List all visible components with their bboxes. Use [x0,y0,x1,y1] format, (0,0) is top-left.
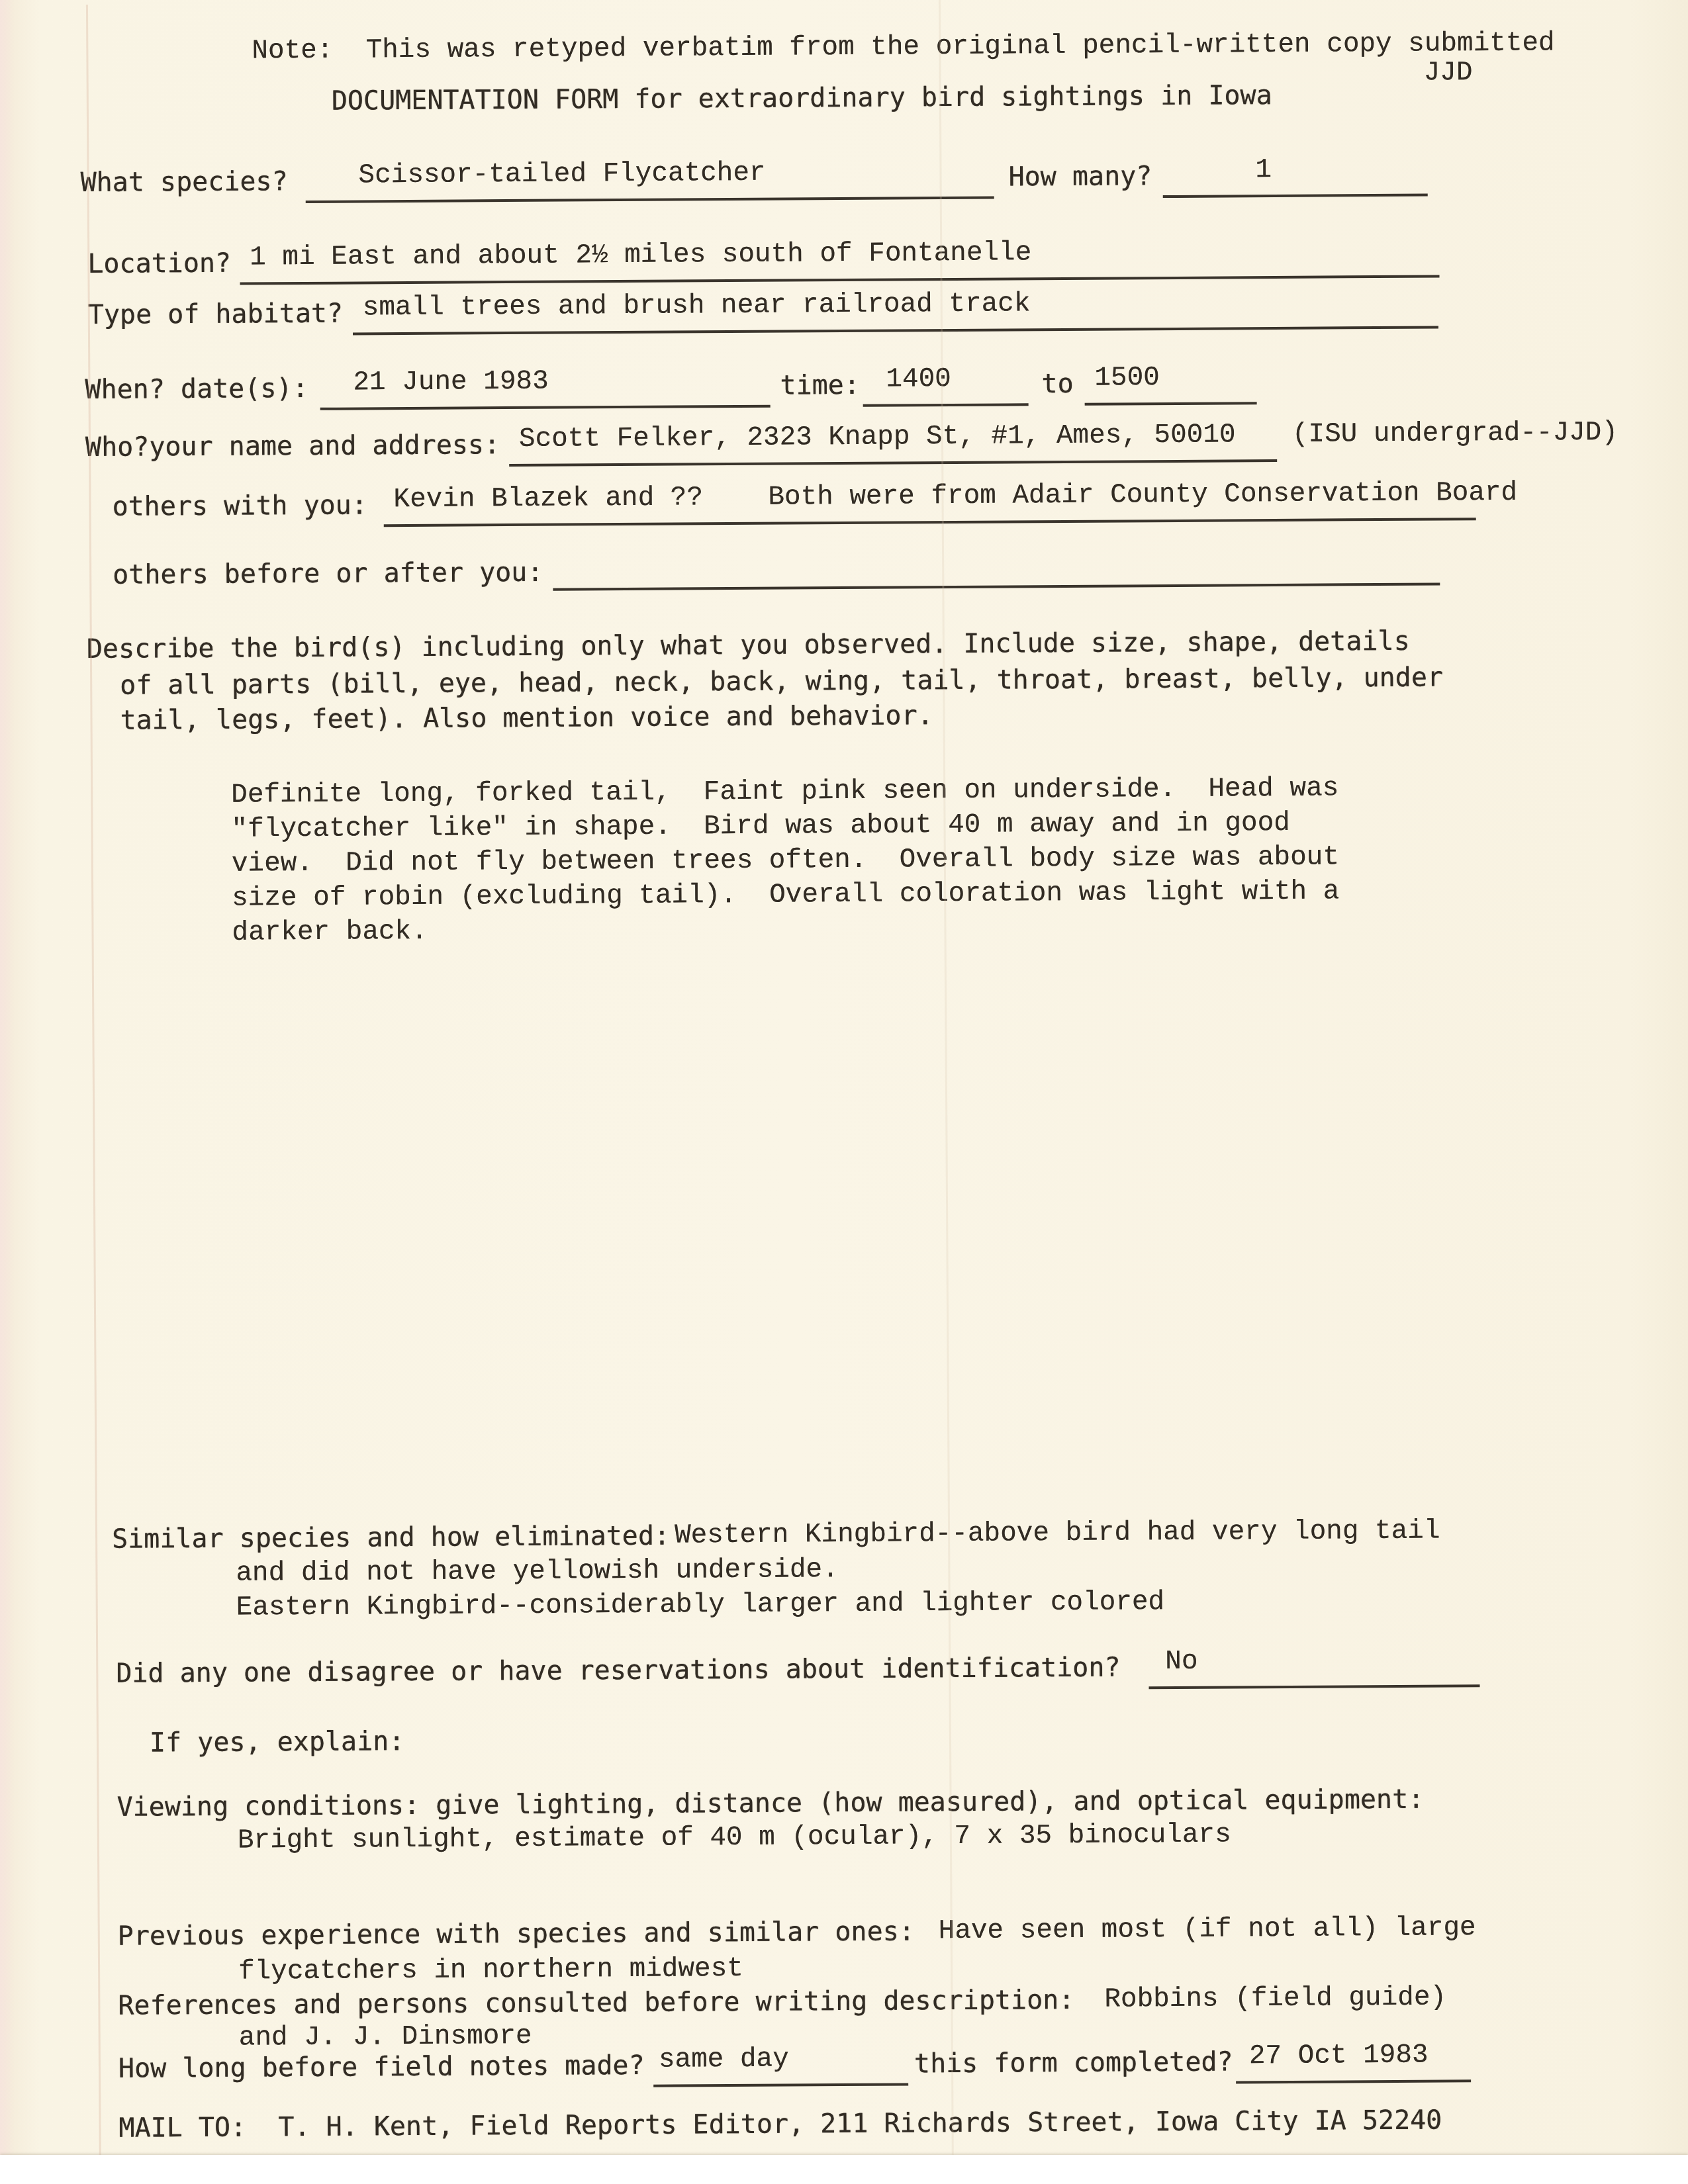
description-line-3: view. Did not fly between trees often. O… [232,841,1339,880]
others-with-you-label: others with you: [112,489,367,522]
description-line-2: "flycatcher like" in shape. Bird was abo… [231,807,1290,846]
similar-species-label: Similar species and how eliminated: [112,1520,670,1555]
habitat-label: Type of habitat? [88,298,344,331]
location-value: 1 mi East and about 2½ miles south of Fo… [240,234,1439,285]
how-many-value: 1 [1162,154,1427,198]
references-value-line-1: Robbins (field guide) [1104,1981,1446,2015]
previous-experience-value-line-1: Have seen most (if not all) large [939,1912,1476,1947]
if-yes-explain-label: If yes, explain: [150,1725,405,1758]
mail-to-line: MAIL TO: T. H. Kent, Field Reports Edito… [118,2105,1442,2144]
scan-edge-bottom [0,2155,1688,2184]
others-with-you-value: Kevin Blazek and ?? Both were from Adair… [383,477,1476,527]
paper-sheet: Note: This was retyped verbatim from the… [0,0,1688,2184]
description-line-1: Definite long, forked tail, Faint pink s… [231,772,1338,811]
how-many-label: How many? [1008,160,1152,193]
others-before-after-blank-line [553,551,1440,590]
time-to-value: 1500 [1084,361,1256,406]
what-species-label: What species? [80,165,287,199]
similar-species-value-line-3: Eastern Kingbird--considerably larger an… [236,1586,1165,1624]
when-date-value: 21 June 1983 [320,365,770,410]
when-dates-label: When? date(s): [85,373,308,406]
paper-crease-left [86,5,101,2184]
form-completed-value: 27 Oct 1983 [1236,2039,1471,2083]
who-name-address-value: Scott Felker, 2323 Knapp St, #1, Ames, 5… [509,419,1277,467]
description-line-4: size of robin (excluding tail). Overall … [232,876,1339,914]
field-notes-made-value: same day [653,2042,908,2087]
describe-prompt-line-3: tail, legs, feet). Also mention voice an… [120,700,933,737]
viewing-conditions-label: Viewing conditions: give lighting, dista… [117,1784,1424,1823]
editor-initials: JJD [1423,57,1472,89]
previous-experience-label: Previous experience with species and sim… [118,1915,915,1952]
what-species-value: Scissor-tailed Flycatcher [305,156,994,203]
others-before-after-label: others before or after you: [113,557,543,591]
similar-species-value-line-2: and did not have yellowish underside. [236,1554,839,1590]
location-label: Location? [87,248,231,280]
scan-edge-left [0,0,15,2184]
form-completed-label: this form completed? [914,2046,1233,2079]
references-value-line-2: and J. J. Dinsmore [239,2021,532,2054]
references-label: References and persons consulted before … [118,1984,1074,2022]
describe-prompt-line-2: of all parts (bill, eye, head, neck, bac… [120,661,1443,701]
time-label: time: [780,369,860,402]
habitat-value: small trees and brush near railroad trac… [353,285,1438,335]
time-from-value: 1400 [863,363,1028,407]
form-title: DOCUMENTATION FORM for extraordinary bir… [332,79,1272,117]
description-line-5: darker back. [232,916,428,949]
similar-species-value-line-1: Western Kingbird--above bird had very lo… [675,1516,1440,1552]
field-notes-made-label: How long before field notes made? [118,2050,645,2085]
disagree-label: Did any one disagree or have reservation… [116,1651,1120,1689]
who-annotation: (ISU undergrad--JJD) [1292,417,1618,451]
previous-experience-value-line-2: flycatchers in northern midwest [238,1953,743,1988]
time-to-label: to [1041,368,1073,400]
who-name-address-label: Who?your name and address: [85,429,500,463]
scanned-document-page: Note: This was retyped verbatim from the… [0,0,1688,2184]
disagree-value: No [1149,1644,1479,1689]
viewing-conditions-value: Bright sunlight, estimate of 40 m (ocula… [238,1819,1231,1856]
retyped-note-line: Note: This was retyped verbatim from the… [252,27,1555,67]
describe-prompt-line-1: Describe the bird(s) including only what… [87,625,1410,665]
